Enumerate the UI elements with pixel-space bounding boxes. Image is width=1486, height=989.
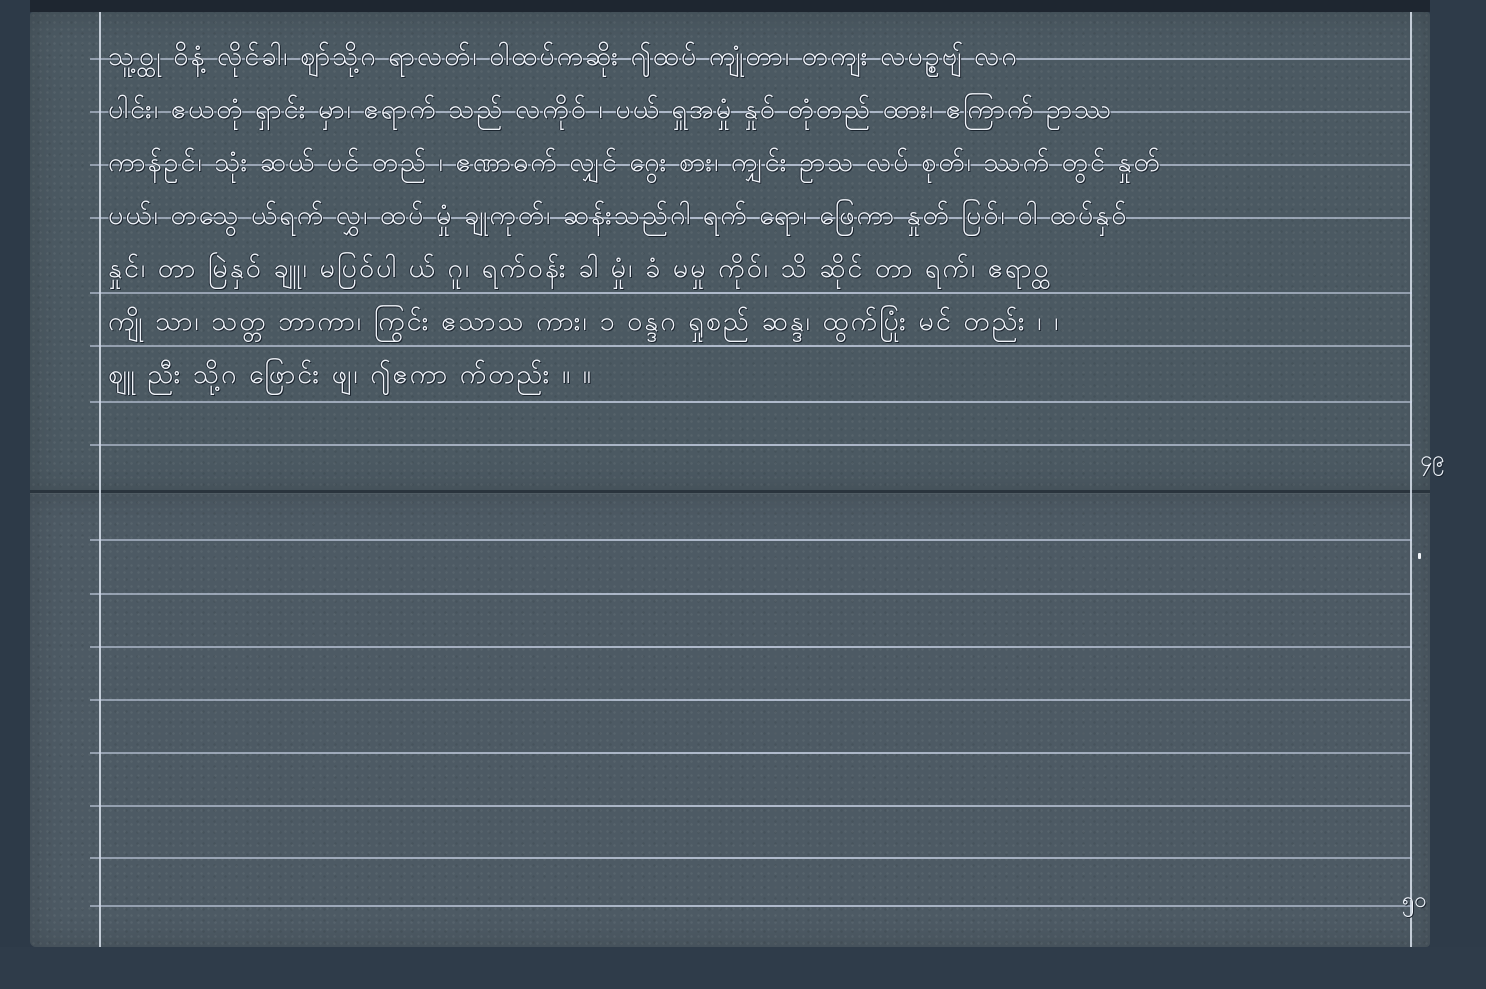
text-line-1: သူ့ဝ္ထု ဝိနံ့ လိုင်ခါ၊ ဈာ်သို့ဂ ရာလတ်၊ ဝ…: [100, 30, 1412, 83]
page-fold: [30, 490, 1430, 493]
ruled-line: [90, 401, 1412, 403]
paper-speck: [1418, 553, 1421, 559]
text-line-6: ကျို သာ၊ သတ္တ ဘာကာ၊ ကြွင်း ဧသာသ ကား၊ ၁ ဝ…: [100, 295, 1412, 348]
text-line-7: ဈူ ညီး သို့ဂ ဖြောင်း ဖျ၊ ႟ဧကာ က်တည်း ။ ။: [100, 348, 1412, 401]
page-number-lower: ၅၀: [1402, 885, 1427, 918]
ruled-line: [90, 905, 1412, 907]
scan-left-border: [0, 0, 30, 989]
ruled-line: [90, 593, 1412, 595]
scan-right-border: [1430, 0, 1486, 989]
scan-bottom-border: [0, 947, 1486, 989]
text-line-2: ပါင်း၊ ဧယတုံ ရှာင်း မှာ၊ ဧရာက် သည် လကိုဝ…: [100, 83, 1412, 136]
ruled-line: [90, 646, 1412, 648]
page-number-upper: ၄၉: [1420, 444, 1445, 477]
scan-top-border: [0, 0, 1486, 12]
upper-page-text: သူ့ဝ္ထု ဝိနံ့ လိုင်ခါ၊ ဈာ်သို့ဂ ရာလတ်၊ ဝ…: [100, 30, 1412, 401]
ruled-line: [90, 699, 1412, 701]
ruled-line: [90, 805, 1412, 807]
text-line-5: နှုင်၊ တာ မြဲနှဝ် ချူ၊ မပြဝ်ပါ ယ် ဂူ၊ ရက…: [100, 242, 1412, 295]
ruled-line: [90, 539, 1412, 541]
ruled-line: [90, 857, 1412, 859]
lower-page: [30, 492, 1430, 947]
text-line-3: ကာန်ဥင်၊ သုံး ဆယ် ပင် တည် ၊ ဧဏာဓက် လျှင်…: [100, 136, 1412, 189]
ruled-line: [90, 444, 1412, 446]
ruled-line: [90, 752, 1412, 754]
text-line-4: ပယ်၊ တသွေ ယ်ရက် လွှ၊ ထပ် မှုံ ချုကုတ်၊ ဆ…: [100, 189, 1412, 242]
manuscript-scan: သူ့ဝ္ထု ဝိနံ့ လိုင်ခါ၊ ဈာ်သို့ဂ ရာလတ်၊ ဝ…: [0, 0, 1486, 989]
